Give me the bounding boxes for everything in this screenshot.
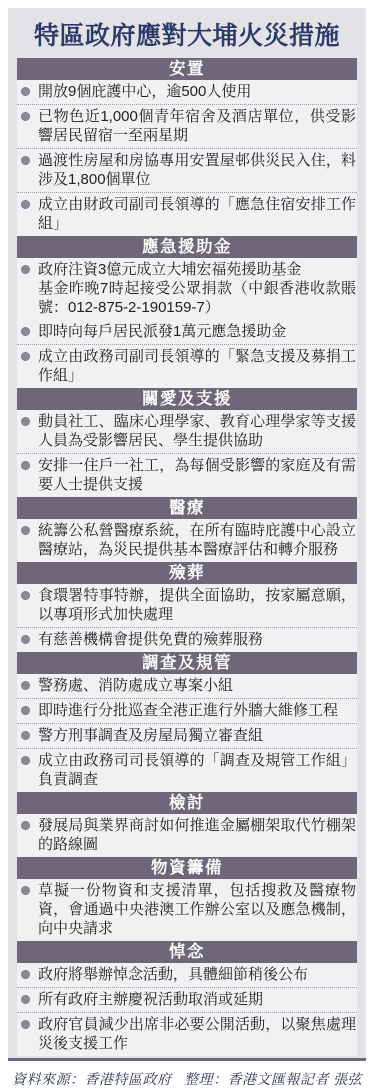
list-item: 食環署特事特辦，提供全面協助，按家屬意願，以專項形式加快處理 [17, 584, 357, 627]
bullet-icon [21, 200, 30, 209]
list-item: 統籌公私營醫療系統，在所有臨時庇護中心設立醫療站，為災民提供基本醫療評估和轉介服… [17, 519, 357, 562]
list-item: 成立由政務司副司長領導的「緊急支援及募捐工作組」 [17, 344, 357, 388]
infographic-panel: 特區政府應對大埔火災措施 安置開放9個庇護中心，逾500人使用已物色近1,000… [8, 8, 366, 1061]
bullet-icon [21, 731, 30, 740]
list-item: 政府官員減少出席非必要公開活動，以聚焦處理災後支援工作 [17, 1012, 357, 1056]
list-item: 政府將舉辦悼念活動，具體細節稍後公布 [17, 963, 357, 987]
list-item: 草擬一份物資和支援清單，包括搜救及醫療物資，會通過中央港澳工作辦公室以及應急機制… [17, 879, 357, 941]
list-item-text-continued: 基金昨晚7時起接受公眾捐款（中銀香港收款賬號：012-875-2-190159-… [38, 279, 356, 317]
bullet-icon [21, 156, 30, 165]
bullet-icon [21, 1020, 30, 1029]
list-item-text: 政府官員減少出席非必要公開活動，以聚焦處理災後支援工作 [38, 1015, 356, 1053]
bullet-icon [21, 87, 30, 96]
section-header: 安置 [17, 58, 357, 80]
list-item-text: 即時向每戶居民派發1萬元應急援助金 [38, 322, 356, 341]
list-item: 即時向每戶居民派發1萬元應急援助金 [17, 320, 357, 344]
list-item-text: 成立由政務司司長領導的「調查及規管工作組」負責調查 [38, 751, 356, 789]
bullet-icon [21, 635, 30, 644]
section-header: 檢討 [17, 792, 357, 814]
page-title: 特區政府應對大埔火災措施 [17, 8, 357, 58]
section-header: 調查及規管 [17, 652, 357, 674]
section-header: 悼念 [17, 941, 357, 963]
list-item-text: 安排一住戶一社工，為每個受影響的家庭及有需要人士提供支援 [38, 456, 356, 494]
list-item: 動員社工、臨床心理學家、教育心理學家等支援人員為受影響居民、學生提供協助 [17, 410, 357, 453]
list-item: 有慈善機構會提供免費的殮葬服務 [17, 627, 357, 652]
list-item-text: 草擬一份物資和支援清單，包括搜救及醫療物資，會通過中央港澳工作辦公室以及應急機制… [38, 881, 356, 938]
list-item: 警務處、消防處成立專案小組 [17, 674, 357, 698]
list-item: 政府注資3億元成立大埔宏福苑援助基金基金昨晚7時起接受公眾捐款（中銀香港收款賬號… [17, 258, 357, 320]
section-header: 應急援助金 [17, 236, 357, 258]
list-item-text: 動員社工、臨床心理學家、教育心理學家等支援人員為受影響居民、學生提供協助 [38, 412, 356, 450]
infographic-page: 特區政府應對大埔火災措施 安置開放9個庇護中心，逾500人使用已物色近1,000… [0, 8, 374, 1089]
list-item: 開放9個庇護中心，逾500人使用 [17, 80, 357, 104]
list-item-text: 過渡性房屋和房協專用安置屋邨供災民入住，料涉及1,800個單位 [38, 151, 356, 189]
list-item-text: 警務處、消防處成立專案小組 [38, 676, 356, 695]
bullet-icon [21, 327, 30, 336]
bullet-icon [21, 417, 30, 426]
list-item: 已物色近1,000個青年宿舍及酒店單位，供受影響居民留宿一至兩星期 [17, 104, 357, 148]
footer: 資料來源：香港特區政府 整理：香港文匯報記者 張弦 [0, 1061, 374, 1089]
list-item-text: 政府將舉辦悼念活動，具體細節稍後公布 [38, 965, 356, 984]
bullet-icon [21, 352, 30, 361]
list-item-text: 所有政府主辦慶祝活動取消或延期 [38, 990, 356, 1009]
sections-container: 安置開放9個庇護中心，逾500人使用已物色近1,000個青年宿舍及酒店單位，供受… [17, 58, 357, 1056]
bullet-icon [21, 821, 30, 830]
bullet-icon [21, 591, 30, 600]
list-item-text: 有慈善機構會提供免費的殮葬服務 [38, 630, 356, 649]
section-header: 醫療 [17, 497, 357, 519]
bullet-icon [21, 995, 30, 1004]
list-item-text: 政府注資3億元成立大埔宏福苑援助基金 [38, 260, 356, 279]
bullet-icon [21, 886, 30, 895]
bullet-icon [21, 706, 30, 715]
list-item-text: 成立由政務司副司長領導的「緊急支援及募捐工作組」 [38, 347, 356, 385]
list-item: 成立由財政司副司長領導的「應急住宿安排工作組」 [17, 192, 357, 236]
bullet-icon [21, 112, 30, 121]
list-item: 即時進行分批巡查全港正進行外牆大維修工程 [17, 698, 357, 723]
bullet-icon [21, 681, 30, 690]
list-item-text: 警方刑事調查及房屋局獨立審查組 [38, 726, 356, 745]
list-item: 過渡性房屋和房協專用安置屋邨供災民入住，料涉及1,800個單位 [17, 148, 357, 192]
list-item-text: 食環署特事特辦，提供全面協助，按家屬意願，以專項形式加快處理 [38, 586, 356, 624]
section-header: 物資籌備 [17, 857, 357, 879]
footer-source: 資料來源：香港特區政府 [12, 1069, 172, 1089]
list-item-text: 統籌公私營醫療系統，在所有臨時庇護中心設立醫療站，為災民提供基本醫療評估和轉介服… [38, 521, 356, 559]
bullet-icon [21, 756, 30, 765]
list-item: 安排一住戶一社工，為每個受影響的家庭及有需要人士提供支援 [17, 453, 357, 497]
list-item-text: 成立由財政司副司長領導的「應急住宿安排工作組」 [38, 195, 356, 233]
list-item: 警方刑事調查及房屋局獨立審查組 [17, 723, 357, 748]
bullet-icon [21, 265, 30, 274]
bullet-icon [21, 526, 30, 535]
section-header: 關愛及支援 [17, 388, 357, 410]
list-item: 所有政府主辦慶祝活動取消或延期 [17, 987, 357, 1012]
list-item-text: 即時進行分批巡查全港正進行外牆大維修工程 [38, 701, 356, 720]
list-item-text: 發展局與業界商討如何推進金屬棚架取代竹棚架的路線圖 [38, 816, 356, 854]
list-item: 發展局與業界商討如何推進金屬棚架取代竹棚架的路線圖 [17, 814, 357, 857]
list-item-text: 開放9個庇護中心，逾500人使用 [38, 82, 356, 101]
list-item: 成立由政務司司長領導的「調查及規管工作組」負責調查 [17, 748, 357, 792]
section-header: 殮葬 [17, 562, 357, 584]
bullet-icon [21, 461, 30, 470]
bullet-icon [21, 970, 30, 979]
footer-editor: 整理：香港文匯報記者 張弦 [184, 1069, 362, 1089]
list-item-text: 已物色近1,000個青年宿舍及酒店單位，供受影響居民留宿一至兩星期 [38, 107, 356, 145]
